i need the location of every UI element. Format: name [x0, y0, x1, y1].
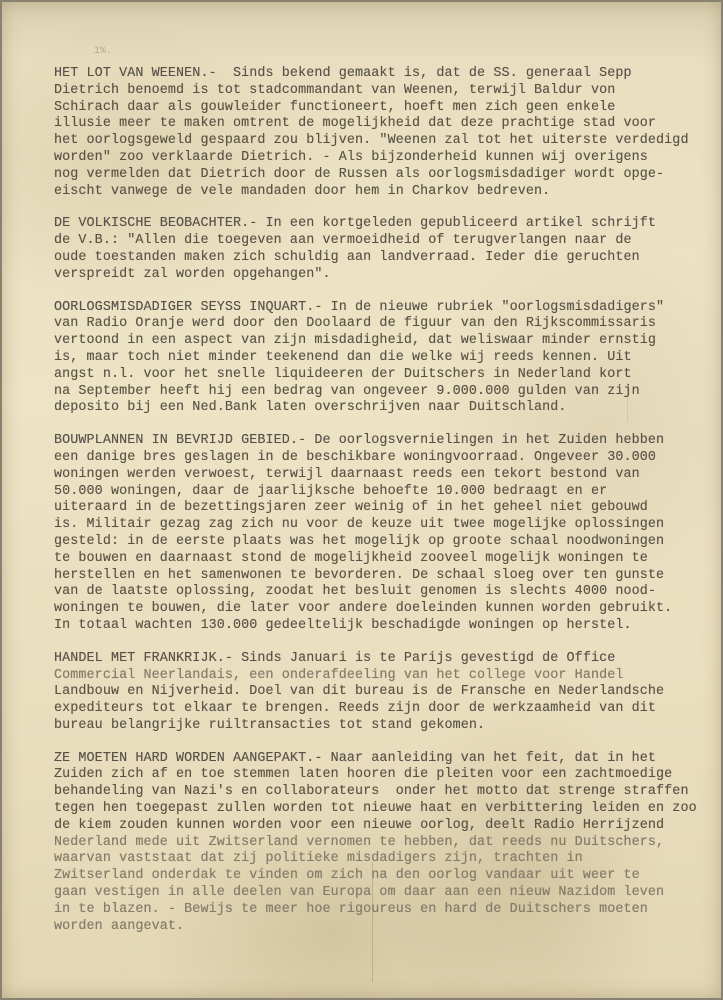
text-line: deposito bij een Ned.Bank laten overschr…: [54, 400, 694, 417]
text-line: worden" zoo verklaarde Dietrich. - Als b…: [54, 150, 694, 167]
text-line: is. Militair gezag zag zich nu voor de k…: [54, 517, 694, 534]
page-mark: 1%.: [94, 46, 112, 57]
text-line: DE VOLKISCHE BEOBACHTER.- In een kortgel…: [54, 216, 694, 233]
text-line: HANDEL MET FRANKRIJK.- Sinds Januari is …: [54, 651, 694, 668]
text-line: Commercial Neerlandais, een onderafdeeli…: [54, 668, 694, 685]
text-line: 50.000 woningen, daar de jaarlijksche be…: [54, 484, 694, 501]
text-line: een danige bres geslagen in de beschikba…: [54, 450, 694, 467]
text-line: herstellen en het samenwonen te bevorder…: [54, 568, 694, 585]
text-line: BOUWPLANNEN IN BEVRIJD GEBIED.- De oorlo…: [54, 433, 694, 450]
text-line: verspreidt zal worden opgehangen".: [54, 267, 694, 284]
text-line: van Radio Oranje werd door den Doolaard …: [54, 316, 694, 333]
text-line: na September heeft hij een bedrag van on…: [54, 384, 694, 401]
text-line: van de laatste oplossing, zoodat het bes…: [54, 584, 694, 601]
text-line: is, maar toch niet minder teekenend dan …: [54, 350, 694, 367]
text-line: het oorlogsgeweld gespaard zou blijven. …: [54, 133, 694, 150]
text-line: de kiem zouden kunnen worden voor een ni…: [54, 818, 694, 835]
text-line: ZE MOETEN HARD WORDEN AANGEPAKT.- Naar a…: [54, 751, 694, 768]
text-line: nog vermelden dat Dietrich door de Russe…: [54, 167, 694, 184]
text-line: angst n.l. voor het snelle liquideeren d…: [54, 367, 694, 384]
article-volkische-beobachter: DE VOLKISCHE BEOBACHTER.- In een kortgel…: [54, 216, 694, 283]
text-line: vertoond in een aspect van zijn misdadig…: [54, 333, 694, 350]
text-line: Zwitserland onderdak te vinden om zich n…: [54, 868, 694, 885]
text-line: HET LOT VAN WEENEN.- Sinds bekend gemaak…: [54, 66, 694, 83]
text-line: Dietrich benoemd is tot stadcommandant v…: [54, 83, 694, 100]
text-line: bureau belangrijke ruiltransacties tot s…: [54, 718, 694, 735]
text-line: gesteld: in de eerste plaats was het mog…: [54, 534, 694, 551]
article-seyss-inquart: OORLOGSMISDADIGER SEYSS INQUART.- In de …: [54, 300, 694, 418]
typewritten-body: HET LOT VAN WEENEN.- Sinds bekend gemaak…: [54, 66, 694, 951]
text-line: woningen te bouwen, die later voor ander…: [54, 601, 694, 618]
text-line: worden aangevat.: [54, 919, 694, 936]
text-line: Zuiden zich af en toe stemmen laten hoor…: [54, 767, 694, 784]
text-line: In totaal wachten 130.000 gedeeltelijk b…: [54, 618, 694, 635]
text-line: eischt vanwege de vele mandaden door hem…: [54, 184, 694, 201]
text-line: OORLOGSMISDADIGER SEYSS INQUART.- In de …: [54, 300, 694, 317]
text-line: te bouwen en daarnaast stond de mogelijk…: [54, 551, 694, 568]
text-line: in te blazen. - Bewijs te meer hoe rigou…: [54, 902, 694, 919]
scanned-document-page: 1%. HET LOT VAN WEENEN.- Sinds bekend ge…: [2, 2, 721, 998]
article-handel-met-frankrijk: HANDEL MET FRANKRIJK.- Sinds Januari is …: [54, 651, 694, 735]
text-line: expediteurs tot elkaar te brengen. Reeds…: [54, 701, 694, 718]
text-line: gaan vestigen in alle deelen van Europa …: [54, 885, 694, 902]
text-line: illusie meer te maken omtrent de mogelij…: [54, 116, 694, 133]
text-line: Schirach daar als gouwleider functioneer…: [54, 100, 694, 117]
text-line: oude toestanden maken zich schuldig aan …: [54, 250, 694, 267]
article-hard-aangepakt: ZE MOETEN HARD WORDEN AANGEPAKT.- Naar a…: [54, 751, 694, 936]
text-line: Landbouw en Nijverheid. Doel van dit bur…: [54, 684, 694, 701]
text-line: tegen hen toegepast zullen worden tot ni…: [54, 801, 694, 818]
article-het-lot-van-weenen: HET LOT VAN WEENEN.- Sinds bekend gemaak…: [54, 66, 694, 200]
text-line: Nederland mede uit Zwitserland vernomen …: [54, 835, 694, 852]
text-line: de V.B.: "Allen die toegeven aan vermoei…: [54, 233, 694, 250]
text-line: waarvan vaststaat dat zij politieke misd…: [54, 851, 694, 868]
text-line: woningen werden verwoest, terwijl daarna…: [54, 467, 694, 484]
text-line: uiteraard in de bezettingsjaren zeer wei…: [54, 500, 694, 517]
article-bouwplannen: BOUWPLANNEN IN BEVRIJD GEBIED.- De oorlo…: [54, 433, 694, 635]
text-line: behandeling van Nazi's en collaborateurs…: [54, 784, 694, 801]
